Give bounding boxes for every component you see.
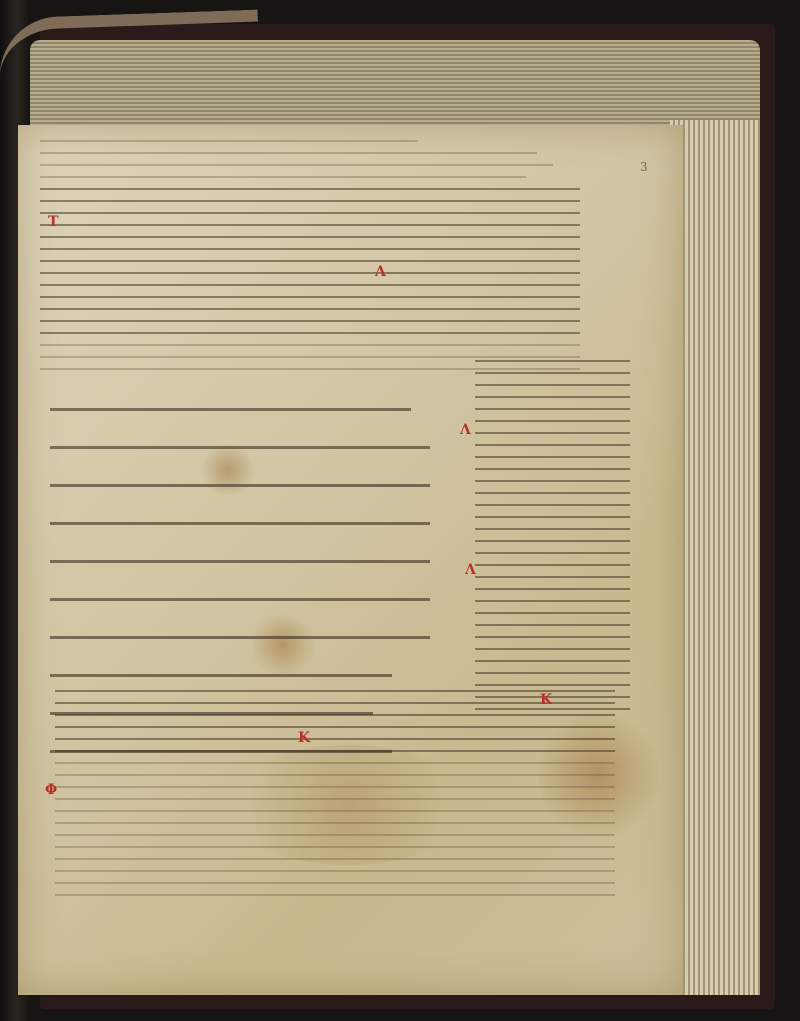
rubric-initial: Φ [45,782,57,798]
right-commentary-block [475,360,630,720]
rubric-initial: Κ [540,692,552,708]
rubric-initial: Λ [460,422,471,438]
rubric-initial: Τ [48,214,58,230]
top-commentary-block [40,140,580,380]
rubric-initial: Κ [298,730,310,746]
rubric-initial: Λ [375,264,386,280]
page-edges-right [670,120,760,995]
lower-commentary-block [55,690,615,906]
folio-number: 3 [640,160,648,174]
rubric-initial: Λ [465,562,476,578]
